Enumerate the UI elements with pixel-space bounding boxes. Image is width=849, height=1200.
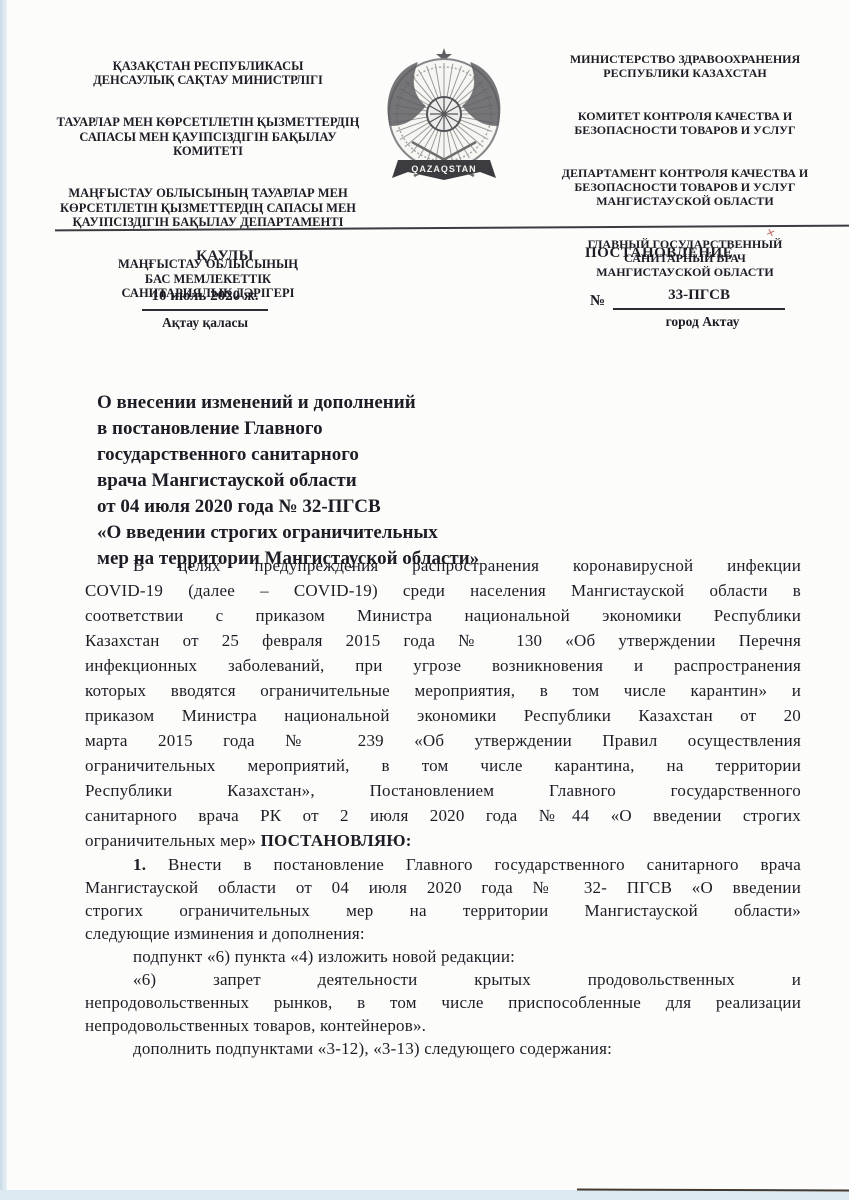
body-line: «6) запрет деятельности крытых продоволь… (85, 968, 801, 991)
document-type-kazakh: ҚАУЛЫ (140, 248, 310, 265)
paragraph-preamble: В целях предупреждения распространения к… (85, 553, 801, 853)
point-text: Внести в постановление Главного государс… (168, 855, 801, 874)
document-date: 10 июль 2020 ж. (142, 288, 269, 311)
body-line: В целях предупреждения распространения к… (85, 553, 801, 578)
header-kz-ministry: ҚАЗАҚСТАН РЕСПУБЛИКАСЫ ДЕНСАУЛЫҚ САҚТАУ … (42, 59, 374, 88)
date-block: 10 июль 2020 ж. Ақтау қаласы (112, 287, 298, 331)
scan-edge-bottom (0, 1190, 849, 1200)
body-line: инфекционных заболеваний, при угрозе воз… (85, 653, 801, 678)
point-number: 1. (133, 855, 146, 874)
body-line: ограничительных мероприятий, в том числе… (85, 753, 801, 778)
header-kz-committee: ТАУАРЛАР МЕН КӨРСЕТІЛЕТІН ҚЫЗМЕТТЕРДІҢ С… (42, 115, 374, 159)
header-russian: МИНИСТЕРСТВО ЗДРАВООХРАНЕНИЯ РЕСПУБЛИКИ … (528, 38, 842, 308)
body-line: санитарного врача РК от 2 июля 2020 года… (85, 803, 801, 828)
body-line: следующие изминения и дополнения: (85, 922, 801, 945)
body-line: строгих ограничительных мер на территори… (85, 899, 801, 922)
header-ru-ministry: МИНИСТЕРСТВО ЗДРАВООХРАНЕНИЯ РЕСПУБЛИКИ … (528, 52, 842, 80)
body-line: которых вводятся ограничительные меропри… (85, 678, 801, 703)
body-line: Казахстан от 25 февраля 2015 года № 130 … (85, 628, 801, 653)
body-line: непродовольственных товаров, контейнеров… (85, 1014, 801, 1037)
body-line: приказом Министра национальной экономики… (85, 703, 801, 728)
body-line: 1. Внести в постановление Главного госуд… (85, 853, 801, 876)
paragraph-point-1: 1. Внести в постановление Главного госуд… (85, 853, 801, 945)
body-line: подпункт «6) пункта «4) изложить новой р… (85, 945, 801, 968)
document-title: О внесении изменений и дополнений в пост… (97, 390, 527, 572)
document-number: 33-ПГСВ (613, 287, 785, 310)
body-line: Республики Казахстан», Постановлением Гл… (85, 778, 801, 803)
emblem-banner-label: QAZAQSTAN (411, 164, 476, 174)
header-kazakh: ҚАЗАҚСТАН РЕСПУБЛИКАСЫ ДЕНСАУЛЫҚ САҚТАУ … (42, 44, 374, 328)
body-line: дополнить подпунктами «3-12), «3-13) сле… (85, 1037, 801, 1060)
paragraph-subpoint-intro: подпункт «6) пункта «4) изложить новой р… (85, 945, 801, 968)
scan-edge-left (0, 0, 7, 1200)
kazakhstan-emblem-icon: QAZAQSTAN (374, 26, 514, 188)
body-line: марта 2015 года № 239 «Об утверждении Пр… (85, 728, 801, 753)
document-body: В целях предупреждения распространения к… (85, 553, 801, 1060)
body-line: ограничительных мер» ПОСТАНОВЛЯЮ: (85, 828, 801, 853)
place-russian: город Актау (590, 314, 785, 330)
place-kazakh: Ақтау қаласы (112, 315, 298, 331)
document-type-russian: ПОСТАНОВЛЕНИЕ (585, 245, 785, 262)
paragraph-subpoint-6: «6) запрет деятельности крытых продоволь… (85, 968, 801, 1037)
resolve-keyword: ПОСТАНОВЛЯЮ: (261, 831, 412, 850)
body-line: COVID-19 (далее – COVID-19) среди населе… (85, 578, 801, 603)
body-line: непродовольственных рынков, в том числе … (85, 991, 801, 1014)
number-sign: № (590, 293, 613, 310)
body-line: соответствии с приказом Министра национа… (85, 603, 801, 628)
paragraph-supplement: дополнить подпунктами «3-12), «3-13) сле… (85, 1037, 801, 1060)
header-kz-department: МАҢҒЫСТАУ ОБЛЫСЫНЫҢ ТАУАРЛАР МЕН КӨРСЕТІ… (42, 186, 374, 230)
number-block: № 33-ПГСВ город Актау (590, 287, 785, 330)
header-ru-department: ДЕПАРТАМЕНТ КОНТРОЛЯ КАЧЕСТВА И БЕЗОПАСН… (528, 166, 842, 208)
header-ru-committee: КОМИТЕТ КОНТРОЛЯ КАЧЕСТВА И БЕЗОПАСНОСТИ… (528, 109, 842, 137)
body-line: Мангистауской области от 04 июля 2020 го… (85, 876, 801, 899)
scanned-document-page: ҚАЗАҚСТАН РЕСПУБЛИКАСЫ ДЕНСАУЛЫҚ САҚТАУ … (0, 0, 849, 1200)
preamble-ending: ограничительных мер» (85, 831, 261, 850)
